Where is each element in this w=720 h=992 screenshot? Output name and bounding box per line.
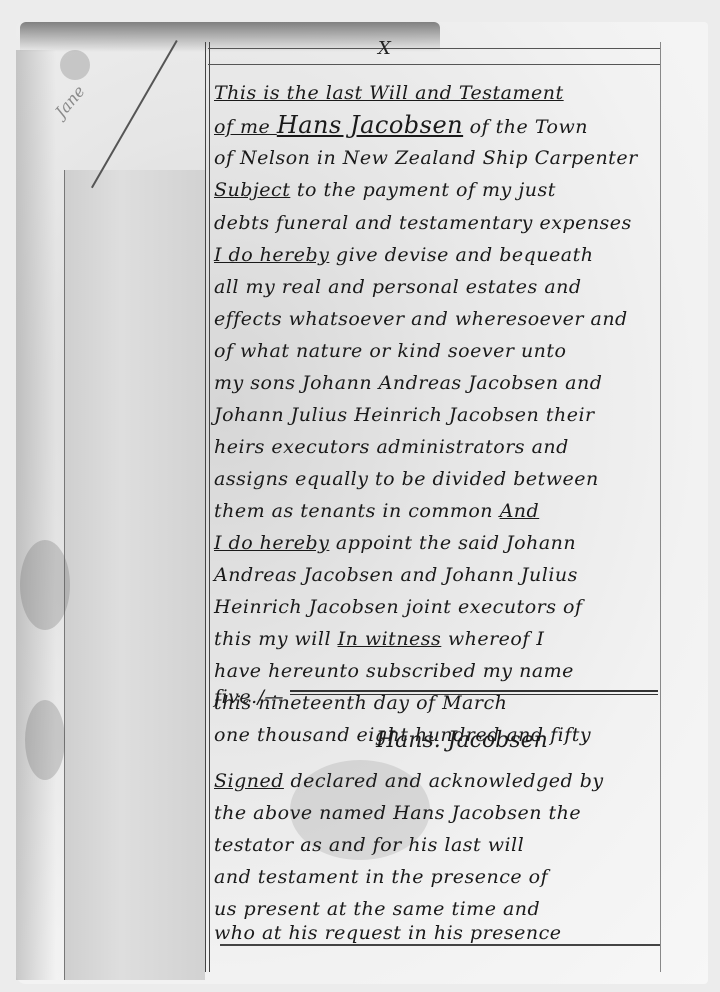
margin-line bbox=[205, 42, 206, 972]
closing-rule bbox=[290, 694, 658, 695]
will-line: This is the last Will and Testament bbox=[214, 80, 664, 106]
will-line: I do hereby give devise and bequeath bbox=[214, 242, 664, 268]
will-line: debts funeral and testamentary expenses bbox=[214, 210, 664, 236]
testator-name: Hans Jacobsen bbox=[277, 111, 463, 139]
will-line: of Nelson in New Zealand Ship Carpenter bbox=[214, 145, 664, 171]
attestation-line: Signed declared and acknowledged by bbox=[214, 768, 664, 794]
testator-signature: Hans. Jacobsen bbox=[376, 728, 548, 753]
header-rule bbox=[208, 64, 660, 65]
will-line: Subject to the payment of my just bbox=[214, 177, 664, 203]
attestation-line: testator as and for his last will bbox=[214, 832, 664, 858]
closing-rule bbox=[290, 690, 658, 692]
will-line: all my real and personal estates and bbox=[214, 274, 664, 300]
will-line: I do hereby appoint the said Johann bbox=[214, 530, 664, 556]
will-heading: This is the last Will and Testament bbox=[214, 82, 564, 104]
margin-line bbox=[209, 42, 210, 972]
folio-mark: X bbox=[378, 38, 391, 59]
will-line: them as tenants in common And bbox=[214, 498, 664, 524]
page-shadow-left bbox=[16, 50, 56, 980]
attestation-line: and testament in the presence of bbox=[214, 864, 664, 890]
bottom-rule bbox=[220, 944, 660, 946]
stain bbox=[25, 700, 65, 780]
will-line-final: five./— bbox=[214, 684, 294, 710]
attestation-line: who at his request in his presence bbox=[214, 920, 664, 946]
stain bbox=[60, 50, 90, 80]
will-line: heirs executors administrators and bbox=[214, 434, 664, 460]
attestation-line: us present at the same time and bbox=[214, 896, 664, 922]
attestation-line: the above named Hans Jacobsen the bbox=[214, 800, 664, 826]
will-line: of me Hans Jacobsen of the Town bbox=[214, 112, 664, 140]
will-line: Andreas Jacobsen and Johann Julius bbox=[214, 562, 664, 588]
will-line: Heinrich Jacobsen joint executors of bbox=[214, 594, 664, 620]
will-line: assigns equally to be divided between bbox=[214, 466, 664, 492]
header-rule bbox=[208, 48, 660, 49]
will-line: this my will In witness whereof I bbox=[214, 626, 664, 652]
will-line: Johann Julius Heinrich Jacobsen their bbox=[214, 402, 664, 428]
will-line: have hereunto subscribed my name bbox=[214, 658, 664, 684]
will-line: of what nature or kind soever unto bbox=[214, 338, 664, 364]
stain bbox=[20, 540, 70, 630]
will-line: my sons Johann Andreas Jacobsen and bbox=[214, 370, 664, 396]
will-line: effects whatsoever and wheresoever and bbox=[214, 306, 664, 332]
folded-flap bbox=[64, 170, 205, 980]
